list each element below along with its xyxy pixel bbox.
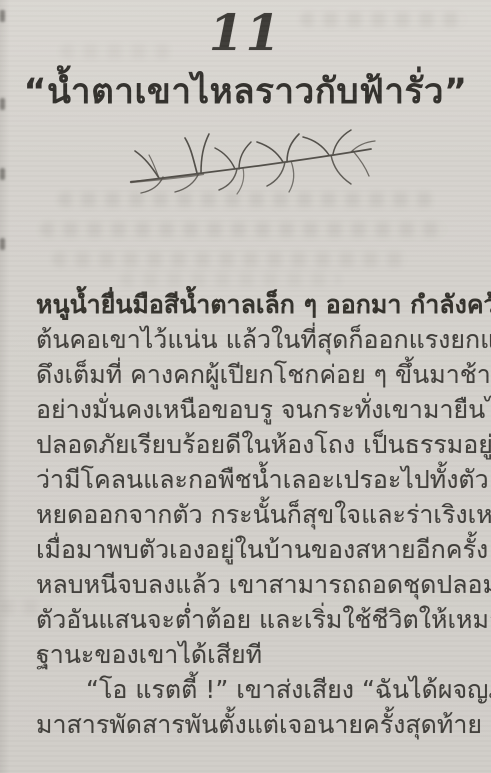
bleed-through-artifact — [52, 252, 407, 267]
bleed-through-artifact — [120, 272, 341, 287]
body-line: หยดออกจากตัว กระนั้นก็สุขใจและร่าเริงเหม… — [36, 497, 453, 532]
body-line: ดึงเต็มที่ คางคกผู้เปียกโชกค่อย ๆ ขึ้นมา… — [36, 357, 453, 392]
chapter-title: “น้ำตาเขาไหลราวกับฟ้ารั่ว” — [0, 66, 491, 118]
body-line: หนูน้ำยื่นมือสีน้ำตาลเล็ก ๆ ออกมา กำลังค… — [36, 287, 453, 322]
scan-edge-speck — [0, 238, 5, 250]
leaf-branch-ornament — [125, 120, 377, 200]
body-line: ตัวอันแสนจะต่ำต้อย และเริ่มใช้ชีวิตให้เห… — [36, 602, 453, 637]
bleed-through-artifact — [40, 222, 447, 237]
scan-edge-speck — [0, 168, 5, 180]
body-line: ฐานะของเขาได้เสียที — [36, 637, 453, 672]
body-line: ต้นคอเขาไว้แน่น แล้วในที่สุดก็ออกแรงยกแล… — [36, 322, 453, 357]
body-line: “โอ แรตตี้ !” เขาส่งเสียง “ฉันได้ผจญภัย — [36, 672, 453, 707]
book-page: 11 “น้ำตาเขาไหลราวกับฟ้ารั่ว” หนูน้ำยื่น… — [0, 0, 491, 773]
body-text: หนูน้ำยื่นมือสีน้ำตาลเล็ก ๆ ออกมา กำลังค… — [36, 287, 453, 742]
body-line: อย่างมั่นคงเหนือขอบรู จนกระทั่งเขามายืนไ… — [36, 392, 453, 427]
body-line: หลบหนีจบลงแล้ว เขาสามารถถอดชุดปลอมแปลง — [36, 567, 453, 602]
body-line: ว่ามีโคลนและกอพืชน้ำเลอะเปรอะไปทั้งตัว น… — [36, 462, 453, 497]
body-line: มาสารพัดสารพันตั้งแต่เจอนายครั้งสุดท้าย … — [36, 707, 453, 742]
chapter-number: 11 — [0, 4, 491, 62]
body-line: เมื่อมาพบตัวเองอยู่ในบ้านของสหายอีกครั้ง… — [36, 532, 453, 567]
body-line: ปลอดภัยเรียบร้อยดีในห้องโถง เป็นธรรมอยู่… — [36, 427, 453, 462]
